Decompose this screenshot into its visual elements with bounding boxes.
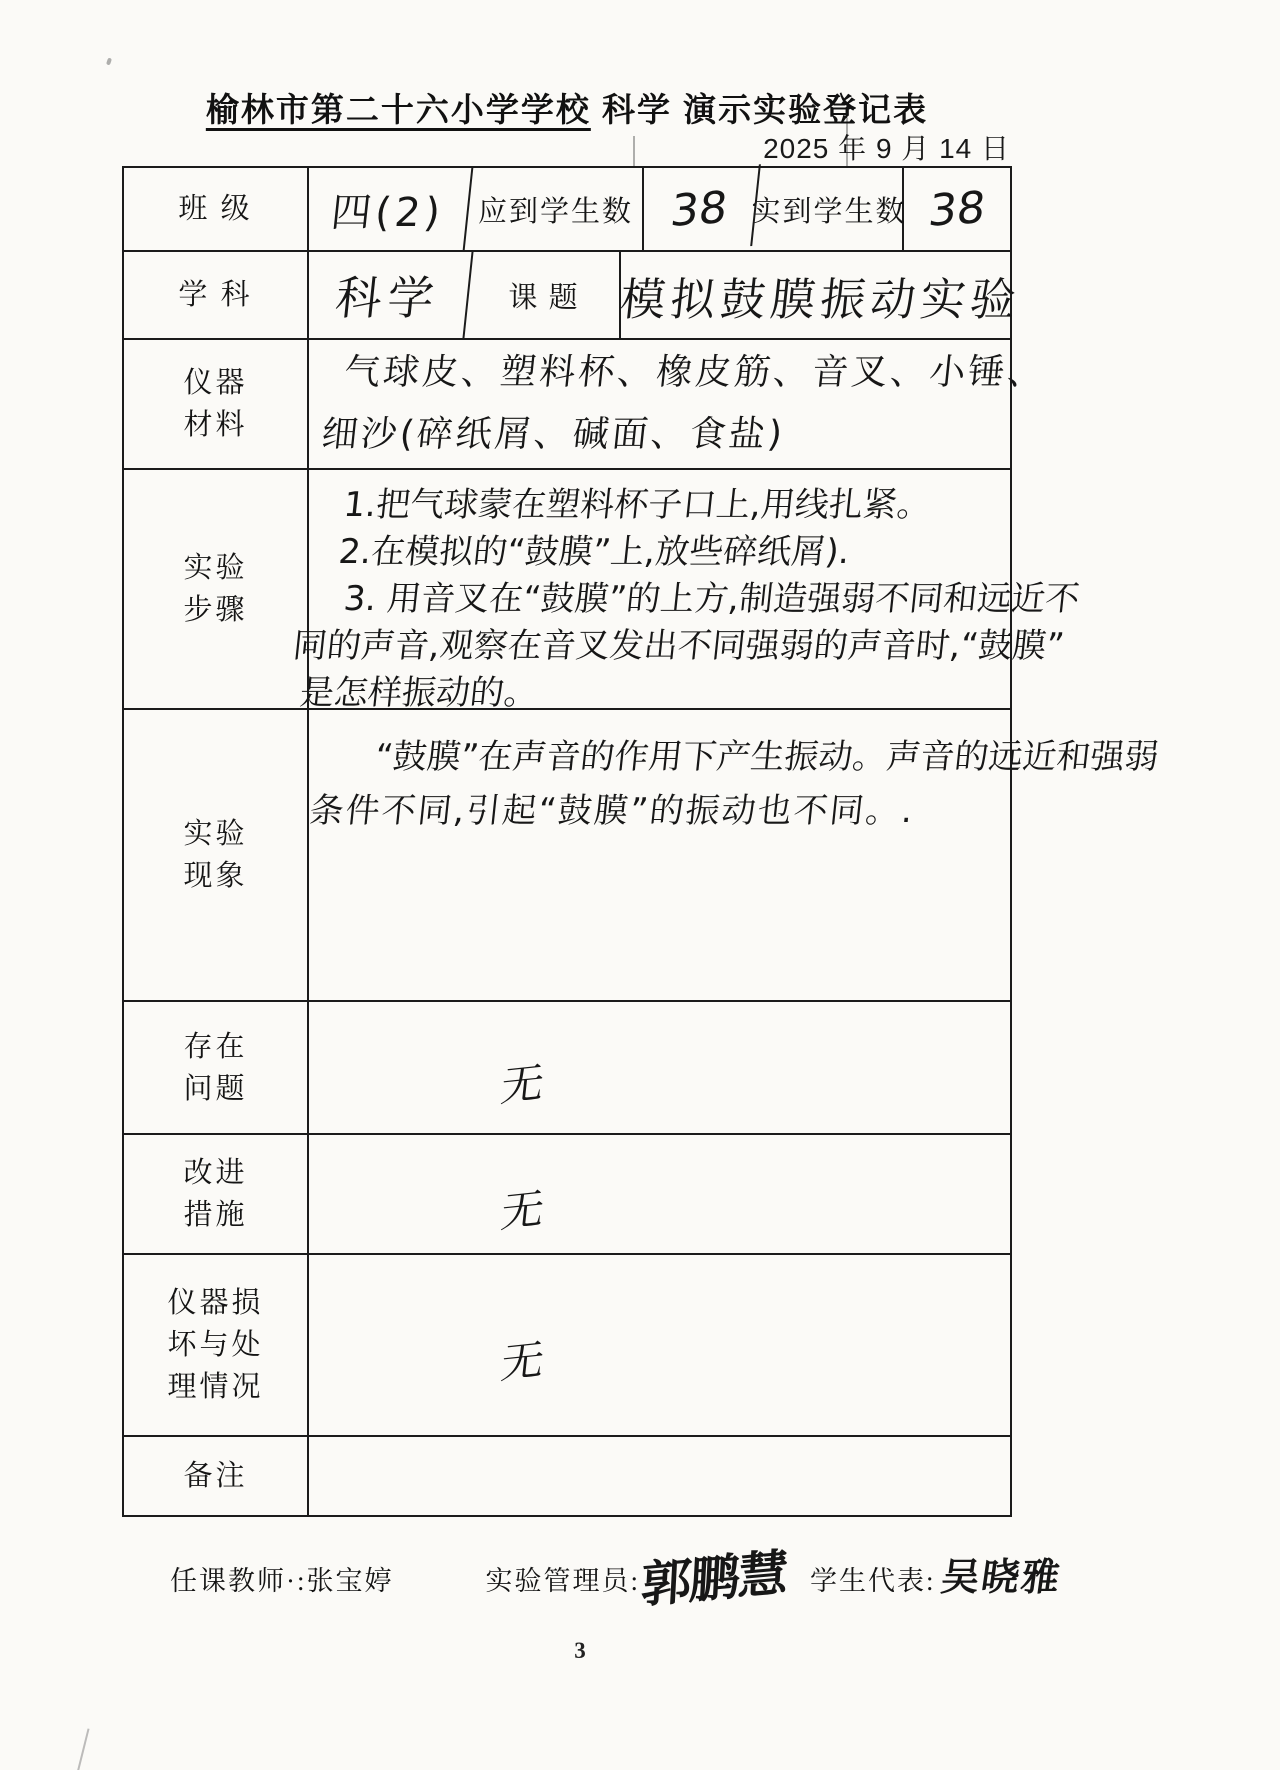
step-line: 同的声音,观察在音叉发出不同强弱的声音时,“鼓膜” bbox=[290, 623, 1076, 670]
label-line: 仪器 bbox=[183, 362, 247, 404]
step-line: 2.在模拟的“鼓膜”上,放些碎纸屑). bbox=[336, 529, 1086, 576]
materials-label-cell: 仪器 材料 bbox=[124, 340, 309, 468]
class-value: 四(2) bbox=[329, 181, 448, 238]
expected-students-value-cell: 38 bbox=[639, 164, 761, 254]
label-line: 存在 bbox=[183, 1026, 247, 1068]
label-text: 班 级 bbox=[178, 188, 252, 230]
phenomenon-line: 条件不同,引起“鼓膜”的振动也不同。. bbox=[307, 784, 1156, 838]
label-line: 材料 bbox=[183, 404, 247, 446]
label-line: 现象 bbox=[183, 855, 247, 897]
table-row-damage: 仪器损 坏与处 理情况 无 bbox=[124, 1255, 1010, 1437]
table-row-class: 班 级 四(2) 应到学生数 38 实到学生数 38 bbox=[124, 168, 1010, 252]
scanned-experiment-form: 榆林市第二十六小学学校 科学 演示实验登记表 2025 年 9 月 14 日 班… bbox=[0, 0, 1280, 1770]
steps-label-cell: 实验 步骤 bbox=[124, 470, 309, 708]
materials-value-cell: 气球皮、塑料杯、橡皮筋、音叉、小锤、 细沙(碎纸屑、碱面、食盐) bbox=[302, 340, 1049, 468]
teacher-signature-block: 任课教师·: 张宝婷 bbox=[170, 1559, 394, 1598]
subject-in-title: 科学 bbox=[602, 91, 672, 128]
table-row-phenomenon: 实验 现象 “鼓膜”在声音的作用下产生振动。声音的远近和强弱 条件不同,引起“鼓… bbox=[124, 710, 1010, 1002]
manager-label: 实验管理员: bbox=[486, 1559, 641, 1598]
phenomenon-label-cell: 实验 现象 bbox=[124, 710, 309, 1000]
school-name: 榆林市第二十六小学学校 bbox=[206, 91, 591, 128]
label-line: 仪器损 bbox=[167, 1282, 263, 1324]
label-text: 实到学生数 bbox=[752, 189, 907, 230]
phenomenon-line: “鼓膜”在声音的作用下产生振动。声音的远近和强弱 bbox=[372, 730, 1161, 784]
teacher-label: 任课教师·: bbox=[170, 1559, 307, 1598]
class-label-cell: 班 级 bbox=[124, 168, 309, 250]
label-line: 问题 bbox=[183, 1068, 247, 1110]
table-row-remarks: 备注 bbox=[124, 1437, 1010, 1515]
table-row-materials: 仪器 材料 气球皮、塑料杯、橡皮筋、音叉、小锤、 细沙(碎纸屑、碱面、食盐) bbox=[124, 340, 1010, 470]
label-line: 实验 bbox=[183, 813, 247, 855]
damage-label-cell: 仪器损 坏与处 理情况 bbox=[124, 1255, 309, 1435]
label-text: 应到学生数 bbox=[478, 189, 633, 230]
label-text: 备注 bbox=[183, 1455, 247, 1497]
improvements-value: 无 bbox=[498, 1176, 547, 1240]
label-text: 课 题 bbox=[508, 275, 579, 316]
actual-students-label-cell: 实到学生数 bbox=[756, 168, 904, 250]
subject-label-cell: 学 科 bbox=[124, 252, 309, 338]
actual-students-value-cell: 38 bbox=[899, 164, 1015, 253]
form-date: 2025 年 9 月 14 日 bbox=[122, 127, 1010, 167]
registration-table: 班 级 四(2) 应到学生数 38 实到学生数 38 学 科 科学 课 题 模拟… bbox=[122, 166, 1012, 1517]
steps-value-cell: 1.把气球蒙在塑料杯子口上,用线扎紧。 2.在模拟的“鼓膜”上,放些碎纸屑). … bbox=[296, 470, 1092, 708]
label-line: 实验 bbox=[183, 547, 247, 589]
table-row-steps: 实验 步骤 1.把气球蒙在塑料杯子口上,用线扎紧。 2.在模拟的“鼓膜”上,放些… bbox=[124, 470, 1010, 710]
phenomenon-value-cell: “鼓膜”在声音的作用下产生振动。声音的远近和强弱 条件不同,引起“鼓膜”的振动也… bbox=[294, 710, 1164, 1000]
label-line: 理情况 bbox=[167, 1366, 263, 1408]
materials-line: 细沙(碎纸屑、碱面、食盐) bbox=[318, 404, 1043, 466]
page-number: 3 bbox=[0, 1638, 1160, 1664]
actual-students-value: 38 bbox=[926, 182, 988, 237]
subject-value: 科学 bbox=[333, 262, 444, 328]
student-signature-block: 学生代表: 吴晓雅 bbox=[810, 1546, 1062, 1601]
table-row-subject: 学 科 科学 课 题 模拟鼓膜振动实验 bbox=[124, 252, 1010, 340]
label-line: 改进 bbox=[183, 1152, 247, 1194]
student-label: 学生代表: bbox=[810, 1559, 936, 1598]
topic-label-cell: 课 题 bbox=[469, 252, 621, 338]
topic-value-cell: 模拟鼓膜振动实验 bbox=[616, 252, 1025, 338]
scan-artifact-corner bbox=[76, 1728, 89, 1770]
expected-students-label-cell: 应到学生数 bbox=[469, 168, 644, 250]
student-signature: 吴晓雅 bbox=[938, 1546, 1066, 1601]
subject-value-cell: 科学 bbox=[304, 252, 473, 338]
improvements-label-cell: 改进 措施 bbox=[124, 1135, 309, 1253]
topic-value: 模拟鼓膜振动实验 bbox=[618, 263, 1025, 328]
expected-students-value: 38 bbox=[668, 182, 730, 237]
remarks-label-cell: 备注 bbox=[124, 1437, 309, 1515]
label-line: 坏与处 bbox=[167, 1324, 263, 1366]
form-type: 演示实验登记表 bbox=[683, 91, 928, 128]
manager-signature: 郭鹏慧 bbox=[640, 1533, 789, 1617]
materials-line: 气球皮、塑料杯、橡皮筋、音叉、小锤、 bbox=[341, 342, 1050, 404]
label-line: 措施 bbox=[183, 1194, 247, 1236]
label-text: 学 科 bbox=[178, 274, 252, 316]
manager-signature-block: 实验管理员: 郭鹏慧 bbox=[486, 1533, 787, 1605]
form-title: 榆林市第二十六小学学校 科学 演示实验登记表 bbox=[122, 84, 1012, 131]
teacher-name: 张宝婷 bbox=[307, 1559, 394, 1598]
signature-row: 任课教师·: 张宝婷 实验管理员: 郭鹏慧 学生代表: 吴晓雅 bbox=[122, 1533, 1022, 1605]
damage-value: 无 bbox=[498, 1327, 547, 1391]
step-line: 1.把气球蒙在塑料杯子口上,用线扎紧。 bbox=[341, 482, 1091, 529]
problems-value: 无 bbox=[498, 1050, 547, 1114]
label-line: 步骤 bbox=[183, 589, 247, 631]
step-line: 3. 用音叉在“鼓膜”的上方,制造强弱不同和远近不 bbox=[341, 576, 1081, 623]
class-value-cell: 四(2) bbox=[305, 168, 474, 250]
scan-artifact-dot bbox=[106, 58, 112, 66]
problems-label-cell: 存在 问题 bbox=[124, 1002, 309, 1133]
